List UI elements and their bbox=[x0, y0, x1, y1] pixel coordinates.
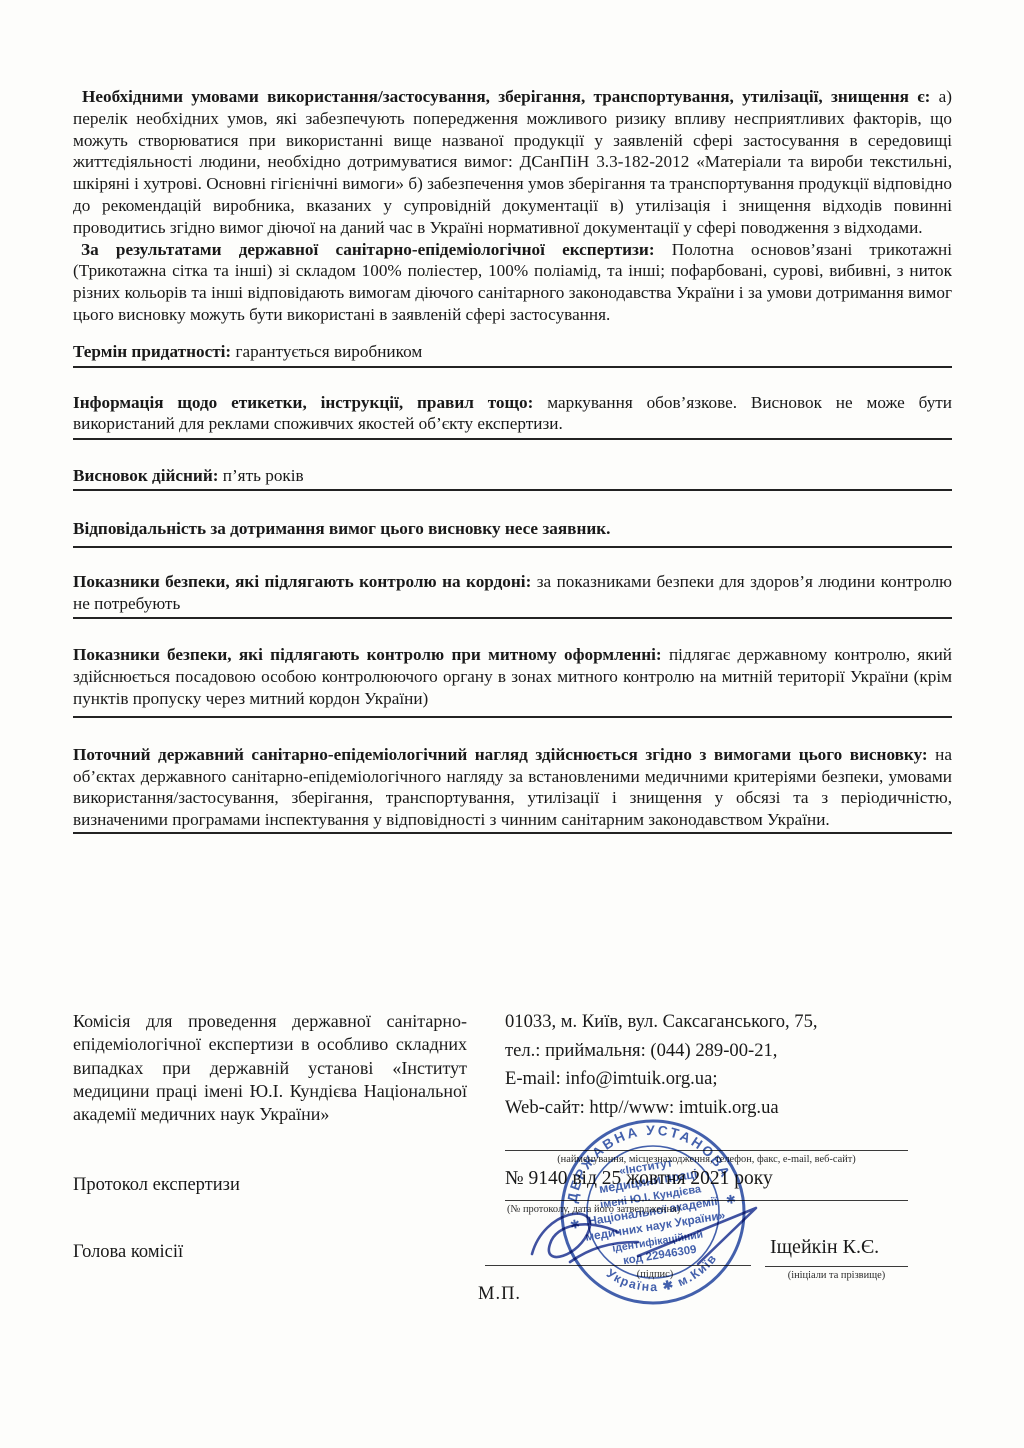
section-divider bbox=[73, 438, 952, 440]
signature-loop-stroke bbox=[532, 1214, 618, 1257]
section-ongoing-supervision-heading: Поточний державний санітарно-епідеміолог… bbox=[73, 745, 928, 764]
section-divider bbox=[73, 489, 952, 491]
section-border-control-heading: Показники безпеки, які підлягають контро… bbox=[73, 572, 531, 591]
section-border-control: Показники безпеки, які підлягають контро… bbox=[73, 571, 952, 620]
section-shelf-life-text: гарантується виробником bbox=[235, 342, 422, 361]
section-divider bbox=[73, 546, 952, 548]
handwritten-signature bbox=[470, 1182, 810, 1292]
expertise-result-lead: За результатами державної санітарно-епід… bbox=[81, 240, 655, 259]
section-validity-text: п’ять років bbox=[223, 466, 304, 485]
section-divider bbox=[73, 832, 952, 834]
document-body: Необхідними умовами використання/застосу… bbox=[73, 86, 952, 834]
section-shelf-life: Термін придатності: гарантується виробни… bbox=[73, 341, 952, 368]
section-ongoing-supervision: Поточний державний санітарно-епідеміолог… bbox=[73, 744, 952, 834]
section-customs-control: Показники безпеки, які підлягають контро… bbox=[73, 644, 952, 717]
section-divider bbox=[73, 716, 952, 718]
conditions-paragraph-text: а) перелік необхідних умов, які забезпеч… bbox=[73, 87, 952, 237]
section-divider bbox=[73, 366, 952, 368]
section-customs-control-heading: Показники безпеки, які підлягають контро… bbox=[73, 645, 662, 664]
section-responsibility: Відповідальність за дотримання вимог цьо… bbox=[73, 518, 952, 548]
expertise-result-paragraph: За результатами державної санітарно-епід… bbox=[73, 239, 952, 326]
section-divider bbox=[73, 617, 952, 619]
commission-description: Комісія для проведення державної санітар… bbox=[73, 1010, 467, 1126]
address-line: 01033, м. Київ, вул. Саксаганського, 75, bbox=[505, 1008, 951, 1037]
section-shelf-life-heading: Термін придатності: bbox=[73, 342, 231, 361]
document-page: Необхідними умовами використання/застосу… bbox=[0, 0, 1024, 1448]
section-labeling-info: Інформація щодо етикетки, інструкції, пр… bbox=[73, 392, 952, 441]
conditions-paragraph: Необхідними умовами використання/застосу… bbox=[73, 86, 952, 239]
section-validity: Висновок дійсний: п’ять років bbox=[73, 465, 952, 491]
section-labeling-heading: Інформація щодо етикетки, інструкції, пр… bbox=[73, 393, 533, 412]
section-responsibility-heading: Відповідальність за дотримання вимог цьо… bbox=[73, 519, 610, 538]
protocol-label: Протокол експертизи bbox=[73, 1175, 240, 1196]
signature-flourish-stroke bbox=[638, 1208, 756, 1264]
chairman-label: Голова комісії bbox=[73, 1242, 183, 1263]
address-line: тел.: приймальня: (044) 289-00-21, bbox=[505, 1037, 951, 1066]
address-email-line: E-mail: info@imtuik.org.ua; bbox=[505, 1065, 951, 1094]
section-validity-heading: Висновок дійсний: bbox=[73, 466, 218, 485]
conditions-paragraph-lead: Необхідними умовами використання/застосу… bbox=[82, 87, 930, 106]
